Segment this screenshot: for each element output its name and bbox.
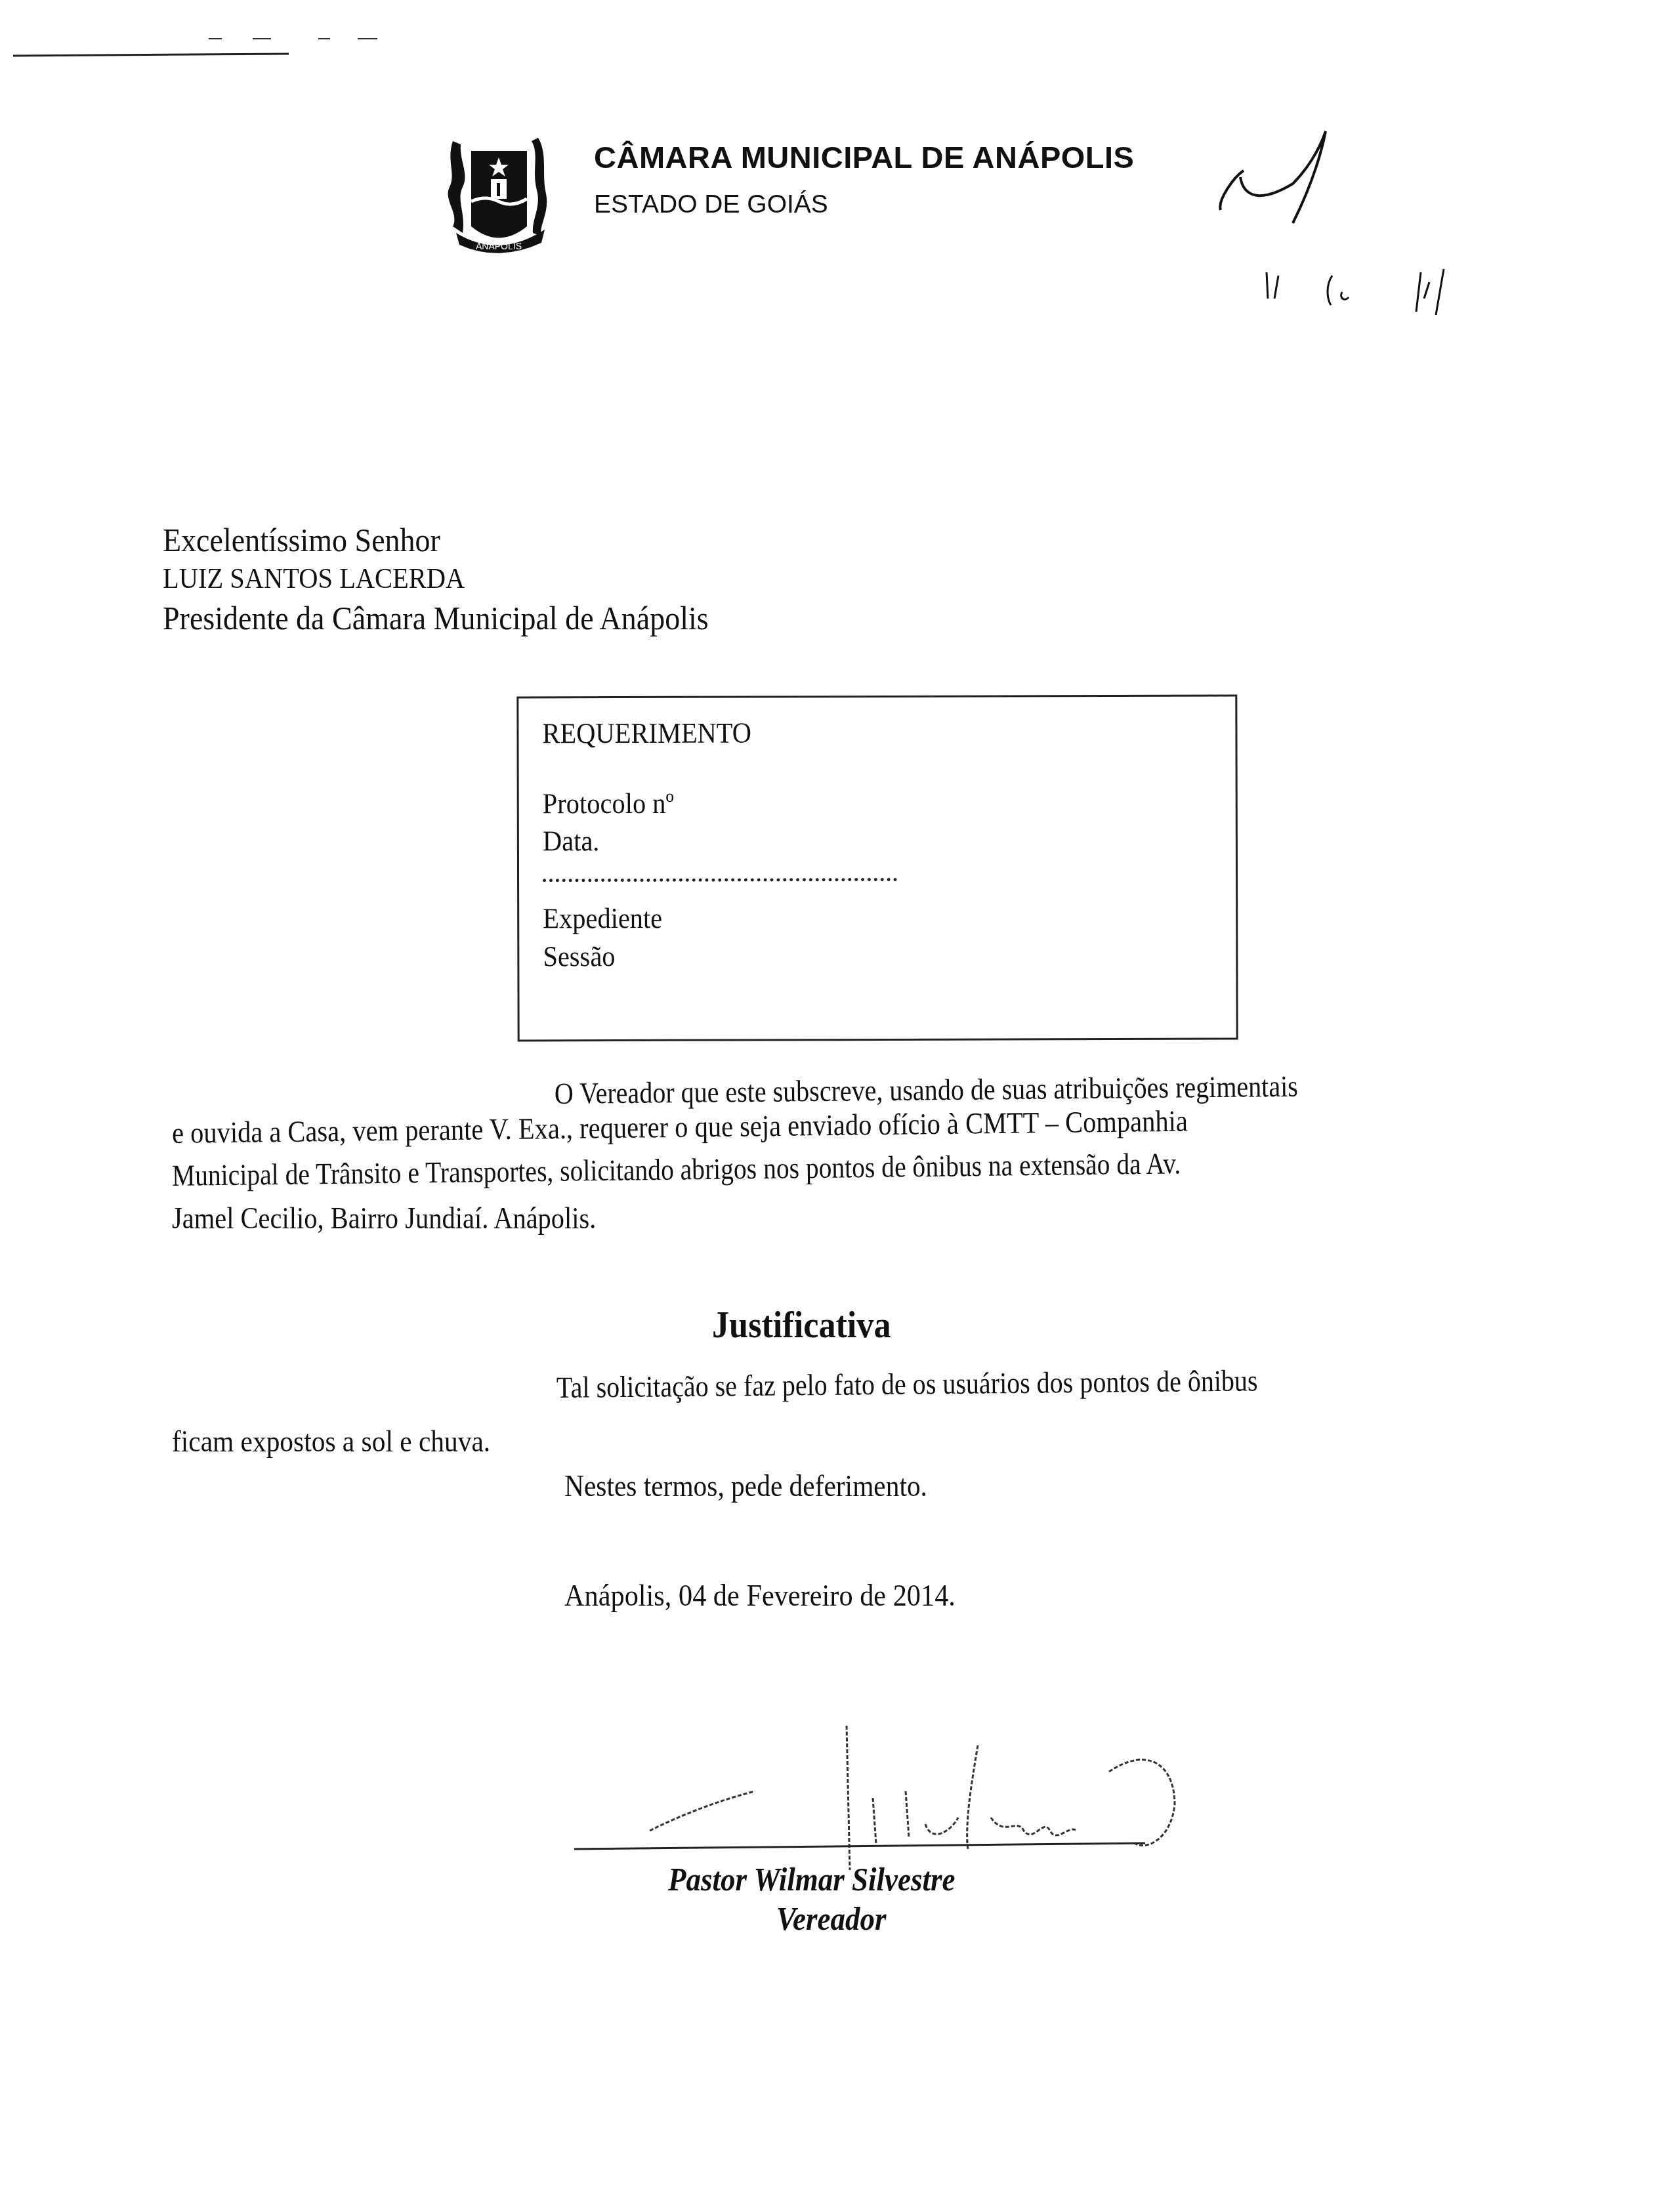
addressee-name: LUIZ SANTOS LACERDA: [163, 564, 465, 593]
justification-heading: Justificativa: [712, 1302, 891, 1346]
sessao-label: Sessão: [543, 940, 615, 973]
expediente-label: Expediente: [543, 902, 662, 935]
signer-name: Pastor Wilmar Silvestre: [668, 1860, 955, 1898]
dotted-separator: [543, 878, 897, 882]
place-and-date: Anápolis, 04 de Fevereiro de 2014.: [564, 1578, 955, 1613]
coat-of-arms-icon: ANÁPOLIS: [433, 128, 564, 259]
body-line: Municipal de Trânsito e Transportes, sol…: [172, 1146, 1181, 1193]
scan-artifact-dash: [318, 38, 330, 39]
handwritten-date-note: [1260, 259, 1496, 318]
scan-artifact-dash: [209, 38, 222, 39]
closing-phrase: Nestes termos, pede deferimento.: [564, 1468, 927, 1503]
stamp-title: REQUERIMENTO: [542, 717, 751, 751]
signer-role: Vereador: [776, 1900, 886, 1938]
organization-state: ESTADO DE GOIÁS: [594, 190, 828, 219]
date-label: Data.: [543, 824, 600, 858]
handwritten-initials: [1207, 125, 1339, 230]
protocol-number-label: Protocolo nº: [543, 787, 674, 821]
scan-artifact-line: [13, 53, 289, 57]
scan-artifact-dash: [253, 38, 271, 39]
addressee-title: Presidente da Câmara Municipal de Anápol…: [163, 602, 709, 635]
body-line: Jamel Cecilio, Bairro Jundiaí. Anápolis.: [172, 1201, 596, 1236]
protocol-stamp-box: REQUERIMENTO Protocolo nº Data. Expedien…: [516, 695, 1238, 1042]
salutation: Excelentíssimo Senhor: [163, 524, 440, 556]
body-line: e ouvida a Casa, vem perante V. Exa., re…: [172, 1104, 1188, 1150]
justification-line: ficam expostos a sol e chuva.: [172, 1424, 490, 1459]
organization-name: CÂMARA MUNICIPAL DE ANÁPOLIS: [594, 139, 1134, 175]
handwritten-signature: [650, 1719, 1221, 1877]
scan-artifact-dash: [358, 38, 377, 39]
justification-line: Tal solicitação se faz pelo fato de os u…: [556, 1363, 1258, 1405]
svg-text:ANÁPOLIS: ANÁPOLIS: [476, 241, 522, 251]
